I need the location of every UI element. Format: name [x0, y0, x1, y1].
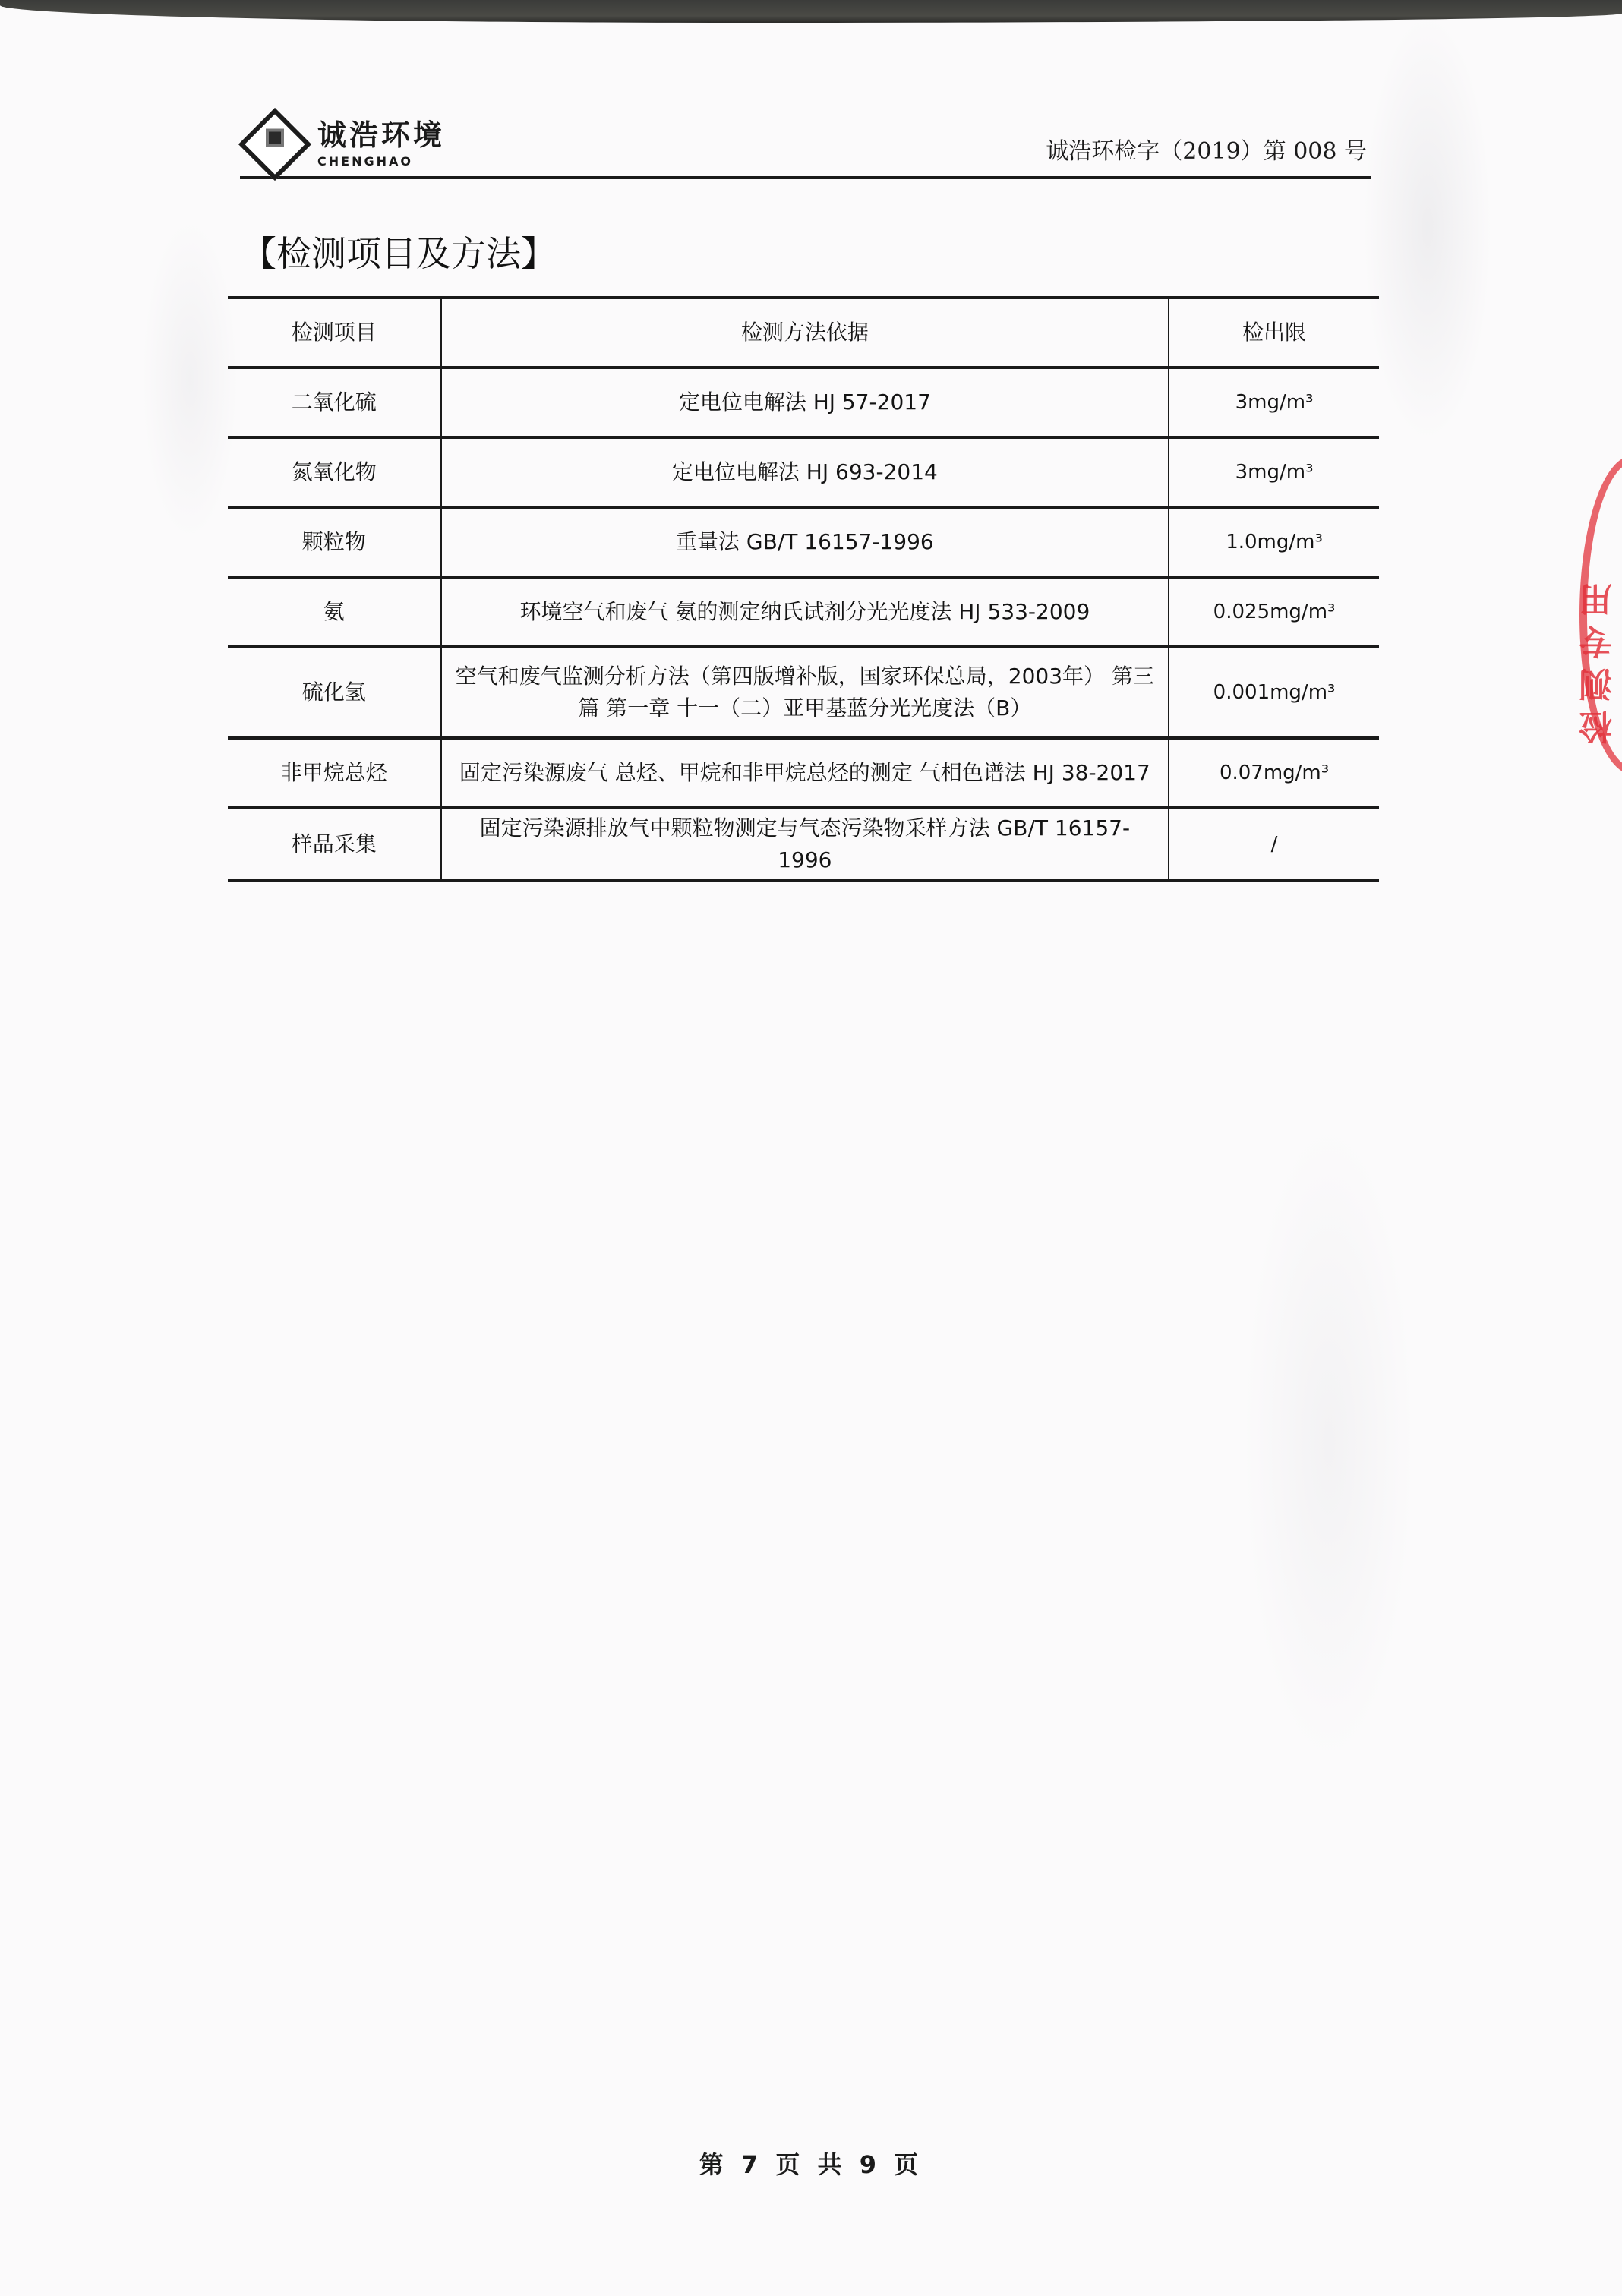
logo-diamond-icon: [238, 108, 311, 181]
cell-method: 固定污染源排放气中颗粒物测定与气态污染物采样方法 GB/T 16157-1996: [441, 808, 1169, 881]
column-header-item: 检测项目: [228, 298, 441, 367]
cell-item: 样品采集: [228, 808, 441, 881]
cell-item: 氮氧化物: [228, 437, 441, 507]
table-row: 样品采集 固定污染源排放气中颗粒物测定与气态污染物采样方法 GB/T 16157…: [228, 808, 1379, 881]
section-title: 【检测项目及方法】: [241, 226, 556, 276]
cell-method: 定电位电解法 HJ 693-2014: [441, 437, 1169, 507]
cell-method: 空气和废气监测分析方法（第四版增补版，国家环保总局，2003年） 第三篇 第一章…: [441, 647, 1169, 738]
cell-item: 氨: [228, 577, 441, 647]
company-logo: 诚浩环境 CHENGHAO: [240, 114, 445, 175]
page-number: 第 7 页 共 9 页: [0, 2146, 1622, 2181]
table-row: 非甲烷总烃 固定污染源废气 总烃、甲烷和非甲烷总烃的测定 气相色谱法 HJ 38…: [228, 738, 1379, 808]
column-header-method: 检测方法依据: [441, 298, 1169, 367]
cell-item: 硫化氢: [228, 647, 441, 738]
methods-table: 检测项目 检测方法依据 检出限 二氧化硫 定电位电解法 HJ 57-2017 3…: [228, 296, 1379, 882]
cell-item: 二氧化硫: [228, 367, 441, 437]
cell-method: 定电位电解法 HJ 57-2017: [441, 367, 1169, 437]
cell-limit: 0.001mg/m³: [1169, 647, 1379, 738]
logo-english-name: CHENGHAO: [317, 156, 445, 168]
table-row: 氮氧化物 定电位电解法 HJ 693-2014 3mg/m³: [228, 437, 1379, 507]
table-row: 氨 环境空气和废气 氨的测定纳氏试剂分光光度法 HJ 533-2009 0.02…: [228, 577, 1379, 647]
cell-limit: /: [1169, 808, 1379, 881]
cell-limit: 0.025mg/m³: [1169, 577, 1379, 647]
document-number: 诚浩环检字（2019）第 008 号: [1046, 132, 1367, 166]
cell-limit: 0.07mg/m³: [1169, 738, 1379, 808]
cell-limit: 3mg/m³: [1169, 437, 1379, 507]
table-row: 硫化氢 空气和废气监测分析方法（第四版增补版，国家环保总局，2003年） 第三篇…: [228, 647, 1379, 738]
table-header-row: 检测项目 检测方法依据 检出限: [228, 298, 1379, 367]
table-row: 二氧化硫 定电位电解法 HJ 57-2017 3mg/m³: [228, 367, 1379, 437]
page-header: 诚浩环境 CHENGHAO 诚浩环检字（2019）第 008 号: [240, 106, 1371, 179]
cell-item: 非甲烷总烃: [228, 738, 441, 808]
cell-limit: 3mg/m³: [1169, 367, 1379, 437]
column-header-limit: 检出限: [1169, 298, 1379, 367]
cell-method: 重量法 GB/T 16157-1996: [441, 507, 1169, 577]
cell-method: 环境空气和废气 氨的测定纳氏试剂分光光度法 HJ 533-2009: [441, 577, 1169, 647]
cell-method: 固定污染源废气 总烃、甲烷和非甲烷总烃的测定 气相色谱法 HJ 38-2017: [441, 738, 1169, 808]
logo-chinese-name: 诚浩环境: [317, 121, 445, 150]
background-edge: [0, 0, 1622, 23]
cell-limit: 1.0mg/m³: [1169, 507, 1379, 577]
cell-item: 颗粒物: [228, 507, 441, 577]
red-seal-stamp: 检测专用: [1576, 463, 1622, 744]
table-row: 颗粒物 重量法 GB/T 16157-1996 1.0mg/m³: [228, 507, 1379, 577]
